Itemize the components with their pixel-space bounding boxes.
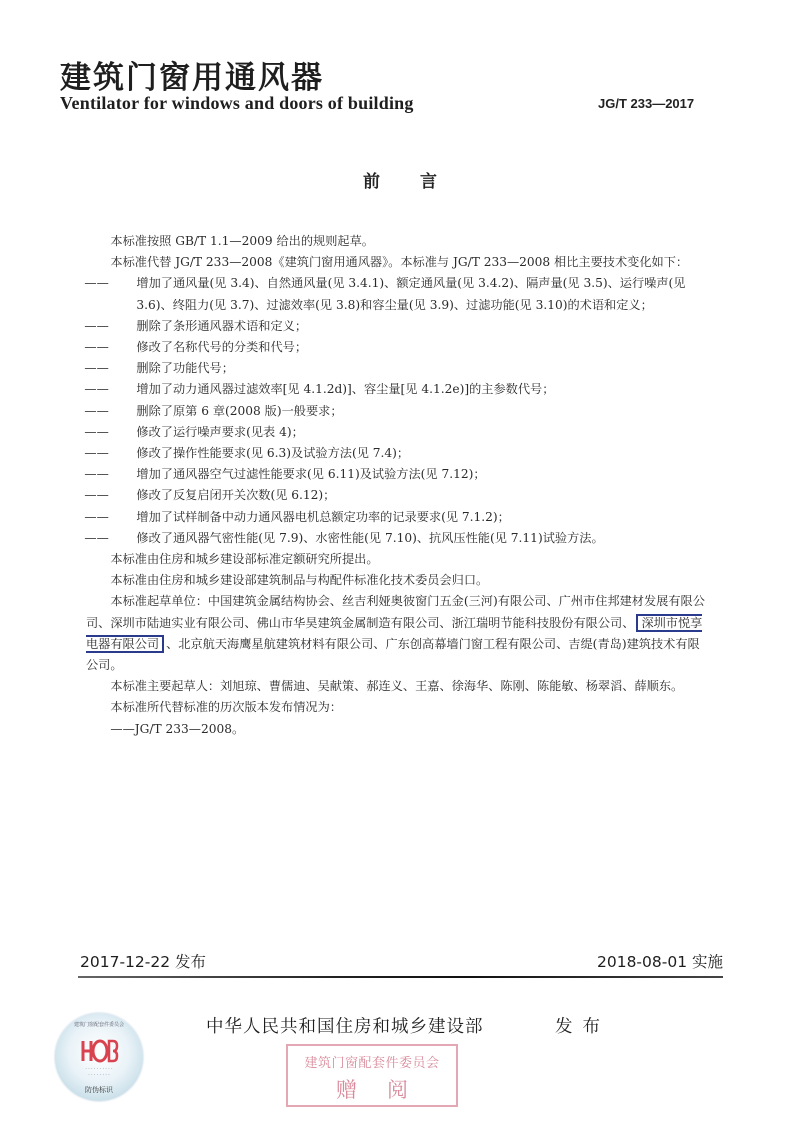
document-title-cn: 建筑门窗用通风器 xyxy=(60,52,324,97)
dash-marker: —— xyxy=(110,485,136,506)
change-text: 修改了操作性能要求(见 6.3)及试验方法(见 7.4)； xyxy=(136,446,409,460)
change-text: 增加了通风量(见 3.4)、自然通风量(见 3.4.1)、额定通风量(见 3.4… xyxy=(136,276,685,311)
change-text: 增加了通风器空气过滤性能要求(见 6.11)及试验方法(见 7.12)； xyxy=(136,467,485,481)
change-text: 删除了原第 6 章(2008 版)一般要求； xyxy=(136,404,342,418)
paragraph-drafters: 本标准主要起草人：刘旭琼、曹儒迪、吴献策、郝连义、王嘉、徐海华、陈刚、陈能敏、杨… xyxy=(86,676,706,697)
change-item: ——增加了动力通风器过滤效率[见 4.1.2d)]、容尘量[见 4.1.2e)]… xyxy=(86,379,706,400)
history-item: ——JG/T 233—2008。 xyxy=(86,719,706,740)
changes-list: ——增加了通风量(见 3.4)、自然通风量(见 3.4.1)、额定通风量(见 3… xyxy=(86,273,706,549)
change-text: 修改了运行噪声要求(见表 4)； xyxy=(136,425,303,439)
dash-marker: —— xyxy=(110,316,136,337)
anti-counterfeit-seal: 建筑门窗配套件委员会 · · · · · · · · · ·· · · · · … xyxy=(55,1013,143,1101)
change-item: ——增加了通风器空气过滤性能要求(见 6.11)及试验方法(见 7.12)； xyxy=(86,464,706,485)
change-text: 删除了条形通风器术语和定义； xyxy=(136,319,307,333)
change-item: ——修改了运行噪声要求(见表 4)； xyxy=(86,422,706,443)
drafting-units-text-suffix: 、北京航天海鹰星航建筑材料有限公司、广东创高幕墙门窗工程有限公司、吉缇(青岛)建… xyxy=(86,637,700,672)
document-title-en: Ventilator for windows and doors of buil… xyxy=(60,93,414,114)
seal-bottom-text: 防伪标识 xyxy=(73,1085,125,1095)
change-item: ——增加了通风量(见 3.4)、自然通风量(见 3.4.1)、额定通风量(见 3… xyxy=(86,273,706,315)
paragraph-proposed-by: 本标准由住房和城乡建设部标准定额研究所提出。 xyxy=(86,549,706,570)
paragraph-drafting-rule: 本标准按照 GB/T 1.1—2009 给出的规则起草。 xyxy=(86,231,706,252)
paragraph-drafting-units: 本标准起草单位：中国建筑金属结构协会、丝吉利娅奥彼窗门五金(三河)有限公司、广州… xyxy=(86,591,706,676)
dash-marker: —— xyxy=(110,443,136,464)
seal-ring-text: 建筑门窗配套件委员会 xyxy=(64,1021,134,1028)
change-item: ——修改了通风器气密性能(见 7.9)、水密性能(见 7.10)、抗风压性能(见… xyxy=(86,528,706,549)
change-item: ——删除了功能代号； xyxy=(86,358,706,379)
dash-marker: —— xyxy=(110,273,136,294)
change-text: 修改了名称代号的分类和代号； xyxy=(136,340,307,354)
dash-marker: —— xyxy=(110,422,136,443)
dash-marker: —— xyxy=(110,464,136,485)
effective-date: 2018-08-01 实施 xyxy=(597,950,723,972)
change-item: ——删除了条形通风器术语和定义； xyxy=(86,316,706,337)
change-item: ——增加了试样制备中动力通风器电机总额定功率的记录要求(见 7.1.2)； xyxy=(86,507,706,528)
change-item: ——删除了原第 6 章(2008 版)一般要求； xyxy=(86,401,706,422)
drafting-units-text: 本标准起草单位：中国建筑金属结构协会、丝吉利娅奥彼窗门五金(三河)有限公司、广州… xyxy=(86,594,705,629)
stamp-line-2: 赠阅 xyxy=(288,1074,456,1104)
footer-divider xyxy=(78,976,723,978)
section-title-foreword: 前言 xyxy=(0,167,800,192)
change-text: 增加了动力通风器过滤效率[见 4.1.2d)]、容尘量[见 4.1.2e)]的主… xyxy=(136,382,554,396)
seal-small-text: · · · · · · · · · ·· · · · · · · · xyxy=(69,1067,129,1079)
publisher-name: 中华人民共和国住房和城乡建设部 xyxy=(206,1013,484,1038)
change-item: ——修改了反复启闭开关次数(见 6.12)； xyxy=(86,485,706,506)
paragraph-managed-by: 本标准由住房和城乡建设部建筑制品与构配件标准化技术委员会归口。 xyxy=(86,570,706,591)
complimentary-stamp: 建筑门窗配套件委员会 赠阅 xyxy=(286,1044,458,1107)
standard-code: JG/T 233—2017 xyxy=(598,96,694,111)
dash-marker: —— xyxy=(110,528,136,549)
stamp-line-1: 建筑门窗配套件委员会 xyxy=(288,1052,456,1071)
change-text: 修改了通风器气密性能(见 7.9)、水密性能(见 7.10)、抗风压性能(见 7… xyxy=(136,531,603,545)
change-text: 修改了反复启闭开关次数(见 6.12)； xyxy=(136,488,335,502)
change-item: ——修改了操作性能要求(见 6.3)及试验方法(见 7.4)； xyxy=(86,443,706,464)
dash-marker: —— xyxy=(110,379,136,400)
foreword-body: 本标准按照 GB/T 1.1—2009 给出的规则起草。 本标准代替 JG/T … xyxy=(86,231,706,740)
hob-logo-icon xyxy=(79,1037,119,1065)
change-text: 增加了试样制备中动力通风器电机总额定功率的记录要求(见 7.1.2)； xyxy=(136,510,509,524)
dash-marker: —— xyxy=(110,507,136,528)
paragraph-history-intro: 本标准所代替标准的历次版本发布情况为： xyxy=(86,697,706,718)
change-item: ——修改了名称代号的分类和代号； xyxy=(86,337,706,358)
paragraph-replaces: 本标准代替 JG/T 233—2008《建筑门窗用通风器》。本标准与 JG/T … xyxy=(86,252,706,273)
dash-marker: —— xyxy=(110,337,136,358)
publish-label: 发布 xyxy=(555,1013,610,1038)
change-text: 删除了功能代号； xyxy=(136,361,234,375)
dash-marker: —— xyxy=(110,401,136,422)
release-date: 2017-12-22 发布 xyxy=(80,950,206,972)
dash-marker: —— xyxy=(110,358,136,379)
